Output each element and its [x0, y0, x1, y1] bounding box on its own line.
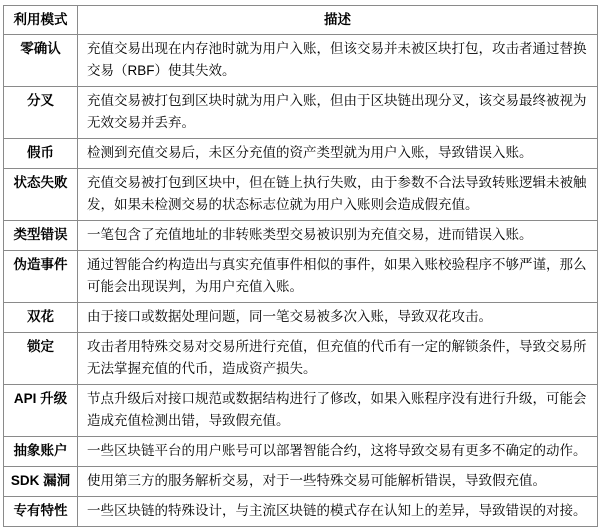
description-cell: 一笔包含了充值地址的非转账类型交易被识别为充值交易，进而错误入账。 [78, 221, 598, 251]
mode-cell: 双花 [4, 303, 78, 333]
description-cell: 一些区块链的特殊设计，与主流区块链的模式存在认知上的差异，导致错误的对接。 [78, 497, 598, 527]
table-row: 分叉 充值交易被打包到区块时就为用户入账，但由于区块链出现分叉，该交易最终被视为… [4, 87, 598, 139]
description-cell: 通过智能合约构造出与真实充值事件相似的事件，如果入账校验程序不够严谨，那么可能会… [78, 251, 598, 303]
table-row: 类型错误 一笔包含了充值地址的非转账类型交易被识别为充值交易，进而错误入账。 [4, 221, 598, 251]
mode-cell: 伪造事件 [4, 251, 78, 303]
table-header-row: 利用模式 描述 [4, 6, 598, 35]
table-row: SDK 漏洞 使用第三方的服务解析交易，对于一些特殊交易可能解析错误，导致假充值… [4, 467, 598, 497]
table-row: 双花 由于接口或数据处理问题，同一笔交易被多次入账，导致双花攻击。 [4, 303, 598, 333]
table-row: 专有特性 一些区块链的特殊设计，与主流区块链的模式存在认知上的差异，导致错误的对… [4, 497, 598, 527]
column-header-description: 描述 [78, 6, 598, 35]
description-cell: 充值交易被打包到区块时就为用户入账，但由于区块链出现分叉，该交易最终被视为无效交… [78, 87, 598, 139]
mode-cell: 类型错误 [4, 221, 78, 251]
mode-cell: 零确认 [4, 35, 78, 87]
mode-cell: 假币 [4, 139, 78, 169]
description-cell: 检测到充值交易后，未区分充值的资产类型就为用户入账，导致错误入账。 [78, 139, 598, 169]
mode-cell: 分叉 [4, 87, 78, 139]
table-row: 状态失败 充值交易被打包到区块中，但在链上执行失败，由于参数不合法导致转账逻辑未… [4, 169, 598, 221]
table-row: 假币 检测到充值交易后，未区分充值的资产类型就为用户入账，导致错误入账。 [4, 139, 598, 169]
description-cell: 充值交易被打包到区块中，但在链上执行失败，由于参数不合法导致转账逻辑未被触发，如… [78, 169, 598, 221]
mode-cell: 状态失败 [4, 169, 78, 221]
table-row: 伪造事件 通过智能合约构造出与真实充值事件相似的事件，如果入账校验程序不够严谨，… [4, 251, 598, 303]
column-header-mode: 利用模式 [4, 6, 78, 35]
description-cell: 由于接口或数据处理问题，同一笔交易被多次入账，导致双花攻击。 [78, 303, 598, 333]
exploitation-modes-table: 利用模式 描述 零确认 充值交易出现在内存池时就为用户入账，但该交易并未被区块打… [3, 5, 598, 527]
table-row: API 升级 节点升级后对接口规范或数据结构进行了修改，如果入账程序没有进行升级… [4, 385, 598, 437]
table-row: 锁定 攻击者用特殊交易对交易所进行充值，但充值的代币有一定的解锁条件，导致交易所… [4, 333, 598, 385]
description-cell: 一些区块链平台的用户账号可以部署智能合约，这将导致交易有更多不确定的动作。 [78, 437, 598, 467]
document-body: 利用模式 描述 零确认 充值交易出现在内存池时就为用户入账，但该交易并未被区块打… [0, 0, 600, 530]
table-row: 零确认 充值交易出现在内存池时就为用户入账，但该交易并未被区块打包，攻击者通过替… [4, 35, 598, 87]
mode-cell: 锁定 [4, 333, 78, 385]
mode-cell: 抽象账户 [4, 437, 78, 467]
description-cell: 攻击者用特殊交易对交易所进行充值，但充值的代币有一定的解锁条件，导致交易所无法掌… [78, 333, 598, 385]
mode-cell: API 升级 [4, 385, 78, 437]
mode-cell: 专有特性 [4, 497, 78, 527]
description-cell: 使用第三方的服务解析交易，对于一些特殊交易可能解析错误，导致假充值。 [78, 467, 598, 497]
description-cell: 节点升级后对接口规范或数据结构进行了修改，如果入账程序没有进行升级，可能会造成充… [78, 385, 598, 437]
description-cell: 充值交易出现在内存池时就为用户入账，但该交易并未被区块打包，攻击者通过替换交易（… [78, 35, 598, 87]
table-row: 抽象账户 一些区块链平台的用户账号可以部署智能合约，这将导致交易有更多不确定的动… [4, 437, 598, 467]
mode-cell: SDK 漏洞 [4, 467, 78, 497]
